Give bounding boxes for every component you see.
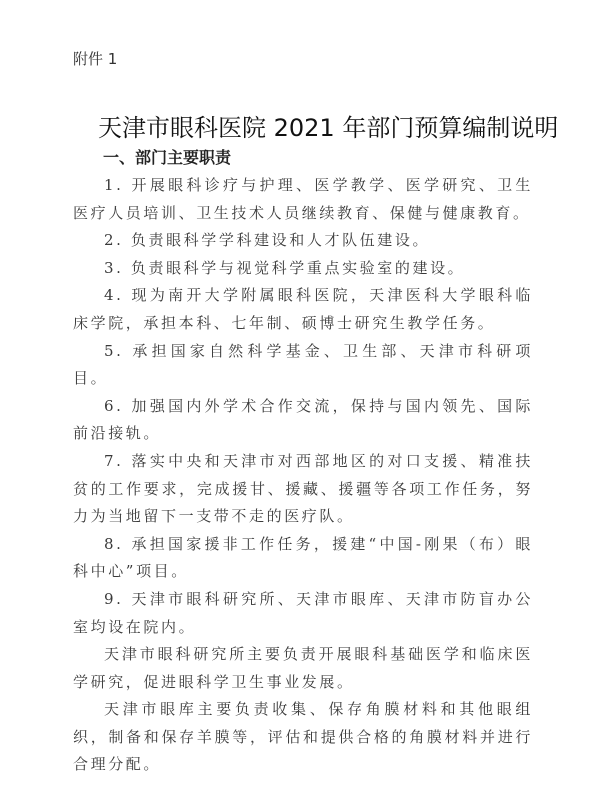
paragraph-duty-5: 5. 承担国家自然科学基金、卫生部、天津市科研项目。 — [73, 338, 533, 393]
section-heading: 一、部门主要职责 — [103, 145, 231, 168]
paragraph-duty-2: 2. 负责眼科学学科建设和人才队伍建设。 — [73, 227, 533, 255]
paragraph-duty-3: 3. 负责眼科学与视觉科学重点实验室的建设。 — [73, 255, 533, 283]
paragraph-duty-8: 8. 承担国家援非工作任务，援建“中国-刚果（布）眼科中心”项目。 — [73, 531, 533, 586]
paragraph-research-institute: 天津市眼科研究所主要负责开展眼科基础医学和临床医学研究，促进眼科学卫生事业发展。 — [73, 641, 533, 696]
paragraph-duty-9: 9. 天津市眼科研究所、天津市眼库、天津市防盲办公室均设在院内。 — [73, 586, 533, 641]
attachment-label: 附件 1 — [73, 48, 117, 69]
paragraph-duty-7: 7. 落实中央和天津市对西部地区的对口支援、精准扶贫的工作要求，完成援甘、援藏、… — [73, 448, 533, 531]
document-title: 天津市眼科医院 2021 年部门预算编制说明 — [98, 108, 558, 143]
paragraph-duty-4: 4. 现为南开大学附属眼科医院，天津医科大学眼科临床学院，承担本科、七年制、硕博… — [73, 282, 533, 337]
paragraph-eye-bank: 天津市眼库主要负责收集、保存角膜材料和其他眼组织，制备和保存羊膜等，评估和提供合… — [73, 696, 533, 779]
document-body: 1. 开展眼科诊疗与护理、医学教学、医学研究、卫生医疗人员培训、卫生技术人员继续… — [73, 172, 533, 779]
paragraph-duty-1: 1. 开展眼科诊疗与护理、医学教学、医学研究、卫生医疗人员培训、卫生技术人员继续… — [73, 172, 533, 227]
paragraph-duty-6: 6. 加强国内外学术合作交流，保持与国内领先、国际前沿接轨。 — [73, 393, 533, 448]
